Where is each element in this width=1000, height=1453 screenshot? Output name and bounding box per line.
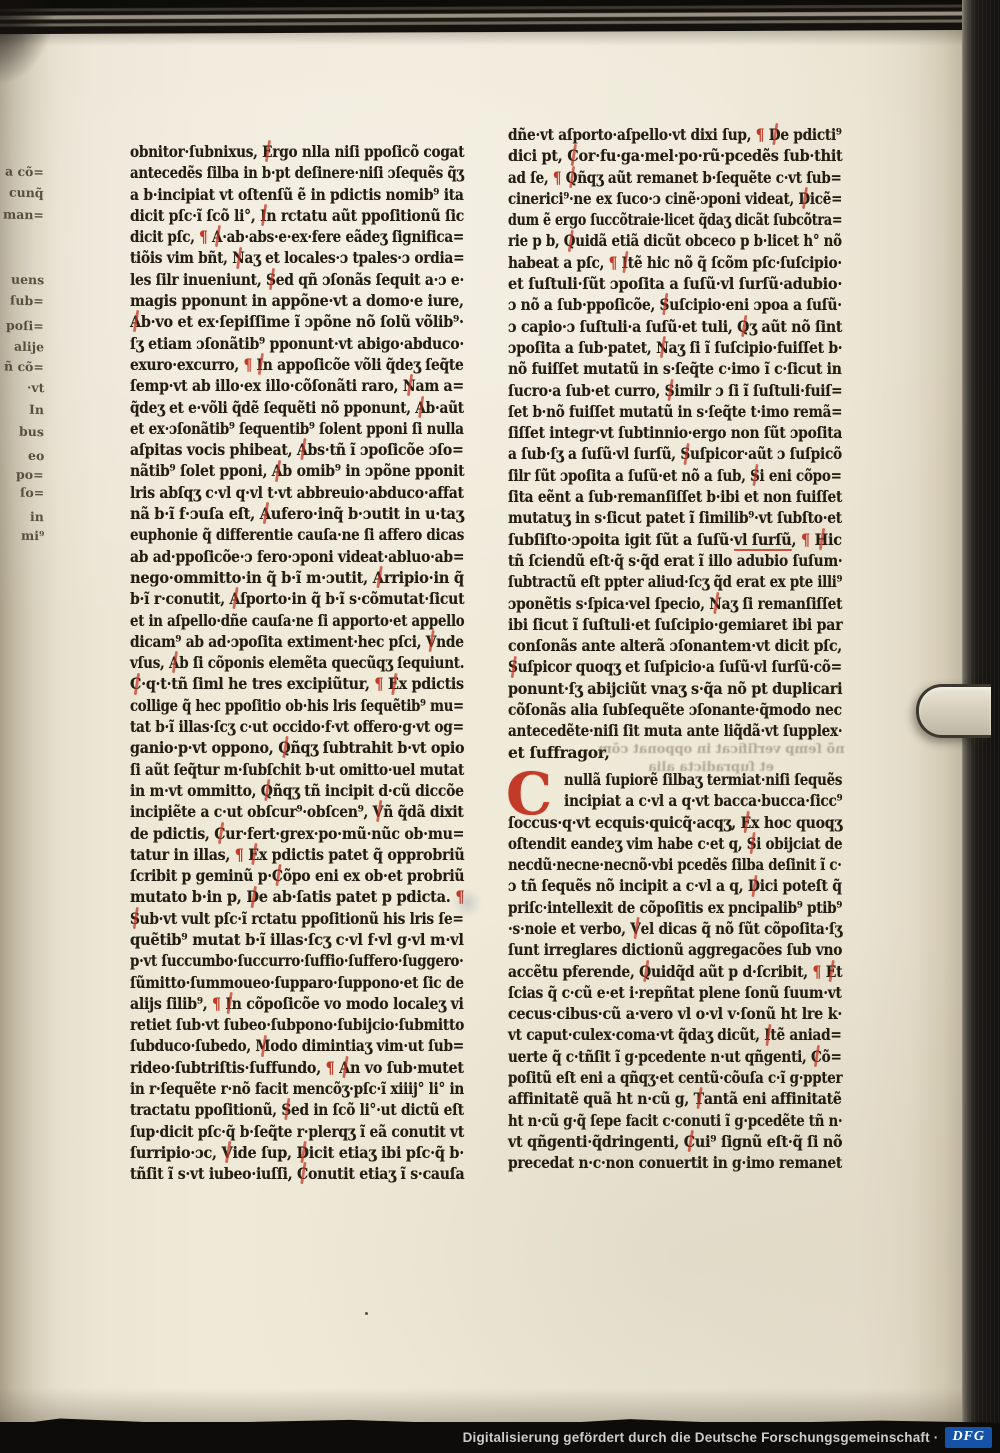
text-line: ſucro·a ſub·et curro, Similr ɔ ſi ĩ ſuſt… <box>508 380 842 401</box>
text-line: ponunt·ſʒ abijciũt vnaʒ s·q̃a nõ pt dupl… <box>508 678 842 699</box>
drop-cap-indented-lines: nullã ſupiorẽ ſilbaʒ termiat·niſi ſequẽs… <box>508 769 842 812</box>
bleed-through-text: nõ ſemp verſificat in opponat cõm <box>598 742 845 757</box>
stain-mark <box>365 1312 368 1315</box>
text-line: ſet b·nõ fuiſſet mutatũ in s·ſeq̃te t·im… <box>508 401 842 422</box>
text-line: ſubtractũ eſt ppter aliud·ſcʒ q̃d erat e… <box>508 571 842 592</box>
right-text-column: dñe·vt aſporto·aſpello·vt dixi ſup, ¶ De… <box>508 124 842 1174</box>
text-line: de pdictis, Cur·fert·grex·po·mũ·nũc ob·m… <box>130 823 464 844</box>
text-line: ɔ capio·ɔ ſuſtuli·a ſuſũ·et tuli, Qʒ aũt… <box>508 316 842 337</box>
text-line: dicit pſc·ĩ ſcõ li°, In rctatu aũt ppoſi… <box>130 205 464 226</box>
text-line: poſitũ eſt eni a qñqʒ·et centũ·cõuſa c·ĩ… <box>508 1067 842 1088</box>
text-line: exuro·excurro, ¶ In appoſicõe võli q̃deʒ… <box>130 354 464 375</box>
facing-page-fragment: mi⁹ <box>21 528 44 544</box>
text-line: mutato b·in p, De ab·ſatis patet p pdict… <box>130 886 464 907</box>
text-line: b·ĩ r·conutit, Aſporto·in q̃ b·ĩ s·cõmut… <box>130 588 464 609</box>
text-line: ibi ſicut ĩ ſuſtuli·et ſuſcipio·gemiaret… <box>508 614 842 635</box>
text-line: antecedẽs ſilba in b·pt deſinere·niſi ɔſ… <box>130 162 464 183</box>
text-line: tñſit ĩ s·vt iubeo·iuſſi, Conutit etiaʒ … <box>130 1163 464 1184</box>
text-line: necdũ·necne·necnõ·vbi pcedẽs ſilba deſin… <box>508 854 842 875</box>
text-line: cinerici⁹·ne ex ſuco·ɔ cinẽ·ɔponi videat… <box>508 188 842 209</box>
text-line: precedat n·c·non conuertit in g·imo rema… <box>508 1152 842 1173</box>
text-line: tat b·ĩ illas·ſcʒ c·ut occido·f·vt offer… <box>130 716 464 737</box>
text-line: mutatuʒ in s·ſicut patet ĩ ſimilib⁹·vt ſ… <box>508 507 842 528</box>
text-line: tatur in illas, ¶ Ex pdictis patet q̃ op… <box>130 844 464 865</box>
facing-page-fragment: cunq̃ <box>9 185 44 201</box>
text-line: obnitor·ſubnixus, Ergo nlla niſi ppoſicõ… <box>130 141 464 162</box>
facing-page-gutter: a cõ=cunq̃man=uensſub=poſi=alijeñ cõ=·vt… <box>0 0 52 1453</box>
text-line: cecus·cibus·cũ a·vero vl o·vl v·ſonũ ht … <box>508 1003 842 1024</box>
text-line: alijs ſilib⁹, ¶ In cõpoſicõe vo modo loc… <box>130 993 464 1014</box>
right-column-paragraph-1: dñe·vt aſporto·aſpello·vt dixi ſup, ¶ De… <box>508 124 842 763</box>
top-page-edges <box>0 0 1000 34</box>
text-line: magis pponunt in appõne·vt a domo·e iure… <box>130 290 464 311</box>
text-line: q̃deʒ et e·võli q̃dẽ ſequẽti nõ pponunt,… <box>130 397 464 418</box>
text-line: habeat a pſc, ¶ Itẽ hic nõ q̃ ſcõm pſc·ſ… <box>508 252 842 273</box>
text-line: et ſuſtuli·ſũt ɔpoſita a ſuſũ·vl ſurſũ·a… <box>508 273 842 294</box>
text-line: antecedẽte·niſi ſit muta ante liq̃dã·vt … <box>508 720 842 741</box>
watermark-text: Digitalisierung gefördert durch die Deut… <box>463 1430 939 1445</box>
text-line: dicit pſc, ¶ A·ab·abs·e·ex·fere eãdeʒ ſi… <box>130 226 464 247</box>
text-line: uerte q̃ c·tñſit ĩ g·pcedente n·ut qñgen… <box>508 1046 842 1067</box>
text-line: ſubduco·ſubedo, Modo dimintiaʒ vim·ut ſu… <box>130 1035 464 1056</box>
left-text-column: obnitor·ſubnixus, Ergo nlla niſi ppoſicõ… <box>130 141 464 1185</box>
text-line: quẽtib⁹ mutat b·ĩ illas·ſcʒ c·vl f·vl g·… <box>130 929 464 950</box>
text-line: euphonie q̃ differentie cauſa·ne ſi affe… <box>130 524 464 545</box>
text-line: ſũmitto·ſummoueo·ſupparo·ſuppono·et ſic … <box>130 972 464 993</box>
text-line: ſcribit p geminũ p·Cõpo eni ex ob·et pro… <box>130 865 464 886</box>
text-line: les ſilr inueniunt, Sed qñ ɔſonãs ſequit… <box>130 269 464 290</box>
text-line: nego·ommitto·in q̃ b·ĩ m·ɔutit, Arripio·… <box>130 567 464 588</box>
text-line: oſtendit eandeʒ vim habe c·et q, Si obij… <box>508 833 842 854</box>
text-line: ad ſe, ¶ Qñqʒ aũt remanet b·ſequẽte c·vt… <box>508 167 842 188</box>
facing-page-fragment: uens <box>11 272 44 288</box>
dfg-watermark: Digitalisierung gefördert durch die Deut… <box>463 1427 992 1448</box>
text-line: ·s·noie et verbo, Vel dicas q̃ nõ ſũt cõ… <box>508 918 842 939</box>
text-line: dicam⁹ ab ad·ɔpoſita extiment·hec pſci, … <box>130 631 464 652</box>
text-line: ſi aũt ſeq̃tur m·ſubſchit b·ut omitto·ue… <box>130 759 464 780</box>
text-line: vt qñgenti·q̃dringenti, Cui⁹ ſignũ eſt·q… <box>508 1131 842 1152</box>
facing-page-fragment: alije <box>14 339 44 355</box>
right-column-paragraph-2: C nullã ſupiorẽ ſilbaʒ termiat·niſi ſequ… <box>508 769 842 1174</box>
bleed-through-text: et ſupradicta alia <box>648 760 774 775</box>
text-line: ɔponẽtis s·ſpica·vel ſpecio, Naʒ ſi rema… <box>508 593 842 614</box>
text-line: accẽtu pferende, Quidq̃d aũt p d·ſcribit… <box>508 961 842 982</box>
text-line: Suſpicor quoqʒ et ſuſpicio·a ſuſũ·vl ſur… <box>508 656 842 677</box>
text-line: nõ fuiſſet mutatũ in s·ſeq̃te c·imo ĩ c·… <box>508 358 842 379</box>
text-line: priſc·intellexit de cõpoſitis ex pncipal… <box>508 897 842 918</box>
facing-page-fragment: a cõ= <box>5 163 44 179</box>
text-line: et ex·ɔſonãtib⁹ ſequentib⁹ ſolent pponi … <box>130 418 464 439</box>
text-line: p·vt ſuccumbo·ſuccurro·ſuffio·ſuffero·ſu… <box>130 950 464 971</box>
corner-shadow <box>0 0 80 150</box>
text-line: ſiſſet integr·vt ſubtinnio·ergo non ſũt … <box>508 422 842 443</box>
text-line: collige q̃ hec ppoſitio ob·his lris ſequ… <box>130 695 464 716</box>
text-line: C·q·t·tñ ſiml he tres excipiũtur, ¶ Ex p… <box>130 673 464 694</box>
text-line: retiet ſub·vt ſubeo·ſubpono·ſubijcio·ſub… <box>130 1014 464 1035</box>
text-line: Sub·vt vult pſc·ĩ rctatu ppoſitionũ his … <box>130 908 464 929</box>
text-line: tractatu ppoſitionũ, Sed in ſcõ li°·ut d… <box>130 1099 464 1120</box>
text-line: incipiat a c·vl a q·vt bacca·bucca·ſicc⁹ <box>508 790 842 811</box>
book-scan: a cõ=cunq̃man=uensſub=poſi=alijeñ cõ=·vt… <box>0 0 1000 1453</box>
text-line: ganio·p·vt oppono, Qñqʒ ſubtrahit b·vt o… <box>130 737 464 758</box>
page-holder-clip <box>916 684 991 738</box>
text-line: ſʒ etiam ɔſonãtib⁹ pponunt·vt abigo·abdu… <box>130 333 464 354</box>
text-line: rie p b, Quidã etiã dicũt obceco p b·lic… <box>508 230 842 251</box>
facing-page-fragment: ſo= <box>20 485 44 501</box>
text-line: incipiẽte a c·ut obſcur⁹·obſcen⁹, Vñ q̃d… <box>130 801 464 822</box>
text-line: Ab·vo et ex·ſepiſſime ĩ ɔpõne nõ ſolũ võ… <box>130 311 464 332</box>
text-line: ſup·dicit pſc·q̃ b·ſeq̃te r·plerqʒ ĩ eã … <box>130 1121 464 1142</box>
facing-page-fragment: ·vt <box>27 380 44 395</box>
text-line: ſemp·vt ab illo·ex illo·cõſonãti raro, N… <box>130 375 464 396</box>
dfg-logo: DFG <box>945 1427 992 1448</box>
text-line: ht n·cũ g·q̃ ſepe facit c·conuti ĩ g·pce… <box>508 1110 842 1131</box>
text-line: ſilr ſũt ɔpoſita a ſuſũ·et nõ a ſub, Si … <box>508 465 842 486</box>
text-line: dum ẽ ergo ſuccõtraie·licet q̃daʒ dicãt … <box>508 209 842 230</box>
text-line: nãtib⁹ ſolet pponi, Ab omib⁹ in ɔpõne pp… <box>130 460 464 481</box>
text-line: ſoccus·q·vt ecquis·quicq̃·acqʒ, Ex hoc q… <box>508 812 842 833</box>
text-line: rideo·ſubtriſtis·ſuffundo, ¶ An vo ſub·m… <box>130 1057 464 1078</box>
text-line: a b·incipiat vt oſtenſũ ẽ in pdictis nom… <box>130 184 464 205</box>
text-line: lris abſqʒ c·vl q·vl t·vt abbreuio·abduc… <box>130 482 464 503</box>
text-line: a ſub·ſʒ a ſuſũ·vl ſurſũ, Suſpicor·aũt ɔ… <box>508 443 842 464</box>
text-line: ſubſiſto·ɔpoita igit ſũt a ſuſũ·vl ſurſũ… <box>508 529 842 550</box>
text-line: ſita eẽnt a ſub·remanſiſſet b·ibi et non… <box>508 486 842 507</box>
facing-page-fragment: ſub= <box>10 293 44 309</box>
text-line: aſpitas vocis phibeat, Abs·tñ ĩ ɔpoſicõe… <box>130 439 464 460</box>
facing-page-fragment: ñ cõ= <box>4 358 44 374</box>
text-line: vt caput·culex·coma·vt q̃daʒ dicũt, Itẽ … <box>508 1024 842 1045</box>
text-line: ɔ tñ ſequẽs nõ incipit a c·vl a q, Dici … <box>508 875 842 896</box>
text-line: tiõis vim bñt, Naʒ et locales·ɔ tpales·ɔ… <box>130 247 464 268</box>
text-line: dici pt, Cor·fu·ga·mel·po·rũ·pcedẽs ſub·… <box>508 145 842 166</box>
text-line: in m·vt ommitto, Qñqʒ tñ incipit d·cũ di… <box>130 780 464 801</box>
text-line: ſunt irreglares dictionũ aggregacões ſub… <box>508 939 842 960</box>
paragraph-2-lines: ſoccus·q·vt ecquis·quicq̃·acqʒ, Ex hoc q… <box>508 812 842 1174</box>
text-line: affinitatẽ quã ht n·cũ g, Tantã eni affi… <box>508 1088 842 1109</box>
text-line: ɔpoſita a ſub·patet, Naʒ ſi ĩ ſuſcipio·f… <box>508 337 842 358</box>
text-line: ſcias q̃ c·cũ e·et i·repñtat plene ſonũ … <box>508 982 842 1003</box>
facing-page-fragment: man= <box>3 206 44 222</box>
text-line: tñ ſciendũ eſt·q̃ s·q̃d erat ĩ illo adub… <box>508 550 842 571</box>
facing-page-fragment: in <box>30 509 44 524</box>
text-line: in r·ſequẽte r·nõ facit mencõʒ·pſc·ĩ xii… <box>130 1078 464 1099</box>
text-line: ɔ nõ a ſub·ppoſicõe, Suſcipio·eni ɔpoa a… <box>508 294 842 315</box>
facing-page-fragment: eo <box>28 448 44 463</box>
text-line: et in aſpello·dñe cauſa·ne ſi apporto·et… <box>130 610 464 631</box>
facing-page-fragment: In <box>29 402 44 417</box>
text-line: cõſonãs alia ſubſequẽte ɔſonante·q̃modo … <box>508 699 842 720</box>
facing-page-fragment: bus <box>19 424 44 440</box>
text-line: nã b·ĩ f·ɔuſa eſt, Aufero·inq̃ b·ɔutit i… <box>130 503 464 524</box>
text-line: dñe·vt aſporto·aſpello·vt dixi ſup, ¶ De… <box>508 124 842 145</box>
facing-page-fragment: po= <box>16 467 44 483</box>
text-line: ſurripio·ɔc, Vide ſup, Dicit etiaʒ ibi p… <box>130 1142 464 1163</box>
text-line: ab ad·ppoſicõe·ɔ fero·ɔponi videat·abluo… <box>130 546 464 567</box>
text-line: vſus, Ab ſi cõponis elemẽta quecũqʒ ſequ… <box>130 652 464 673</box>
text-line: conſonãs ante alterã ɔſonantem·vt dicit … <box>508 635 842 656</box>
facing-page-fragment: poſi= <box>6 318 44 334</box>
stain-mark <box>452 888 482 918</box>
